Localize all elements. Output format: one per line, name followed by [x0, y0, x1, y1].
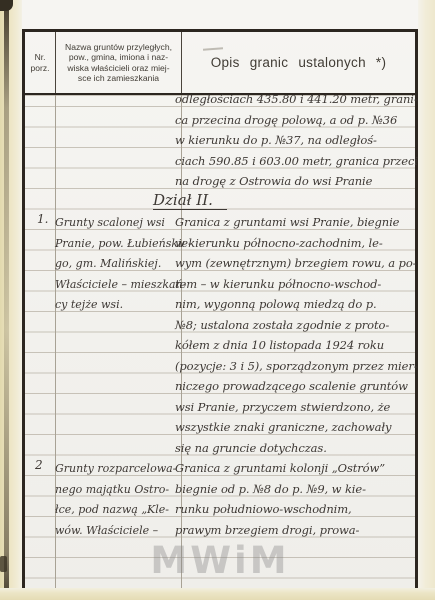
- handwritten-line: Grunty scalonej wsi: [55, 212, 181, 233]
- header-name-line: wiska właścicieli oraz miej-: [67, 63, 169, 74]
- handwritten-line: kółem z dnia 10 listopada 1924 roku: [175, 335, 417, 356]
- ledger-table: Nr. porz. Nazwa gruntów przyległych, pow…: [22, 29, 418, 600]
- handwritten-line: prawym brzegiem drogi, prowa-: [175, 520, 417, 541]
- section-heading-text: Dział II.: [153, 191, 227, 210]
- handwritten-line: Granica z gruntami wsi Pranie, biegnie: [175, 212, 417, 233]
- handwritten-line: się na gruncie dotychczas.: [175, 438, 417, 459]
- entry-2-name: Grunty rozparcelowa- nego majątku Ostro-…: [55, 458, 181, 540]
- header-name-line: Nazwa gruntów przyległych,: [65, 42, 172, 53]
- header-number-line1: Nr.: [35, 52, 46, 63]
- handwritten-line: w kierunku do p. №37, na odległoś-: [175, 130, 417, 151]
- handwritten-line: Grunty rozparcelowa-: [55, 458, 181, 479]
- handwritten-line: odległościach 435.80 i 441.20 metr, gran…: [175, 89, 417, 110]
- handwritten-line: runku południowo-wschodnim,: [175, 499, 417, 520]
- table-header-row: Nr. porz. Nazwa gruntów przyległych, pow…: [25, 32, 415, 95]
- entry-2-description: Granica z gruntami kolonji „Ostrów” bieg…: [175, 458, 417, 540]
- handwritten-line: ca przecina drogę polową, a od p. №36: [175, 110, 417, 131]
- handwritten-line: ciach 590.85 i 603.00 metr, granica prze…: [175, 151, 417, 172]
- handwritten-line: wym (zewnętrznym) brzegiem rowu, a po-: [175, 253, 417, 274]
- paper-edge-left: [0, 0, 22, 600]
- handwritten-line: Właściciele – mieszkań-: [55, 274, 181, 295]
- handwritten-line: Pranie, pow. Łubieńskie-: [55, 233, 181, 254]
- scan-corner-blot: [0, 0, 13, 11]
- scanned-ledger-page: Nr. porz. Nazwa gruntów przyległych, pow…: [0, 0, 435, 600]
- handwritten-line: na drogę z Ostrowia do wsi Pranie: [175, 171, 417, 192]
- handwritten-line: wszystkie znaki graniczne, zachowały: [175, 417, 417, 438]
- paper-edge-right: [418, 0, 435, 600]
- handwritten-line: łce, pod nazwą „Kle-: [55, 499, 181, 520]
- handwritten-line: biegnie od p. №8 do p. №9, w kie-: [175, 479, 417, 500]
- header-cell-description: Opis granic ustalonych *): [182, 32, 415, 93]
- intro-continuation-text: odległościach 435.80 i 441.20 metr, gran…: [175, 89, 417, 192]
- museum-watermark: MWiM: [80, 539, 360, 582]
- handwritten-line: go, gm. Malińskiej.: [55, 253, 181, 274]
- handwritten-line: Granica z gruntami kolonji „Ostrów”: [175, 458, 417, 479]
- entry-1-name: Grunty scalonej wsi Pranie, pow. Łubieńs…: [55, 212, 181, 315]
- handwritten-line: nim, wygonną polową miedzą do p.: [175, 294, 417, 315]
- binding-shadow: [4, 0, 9, 600]
- handwritten-line: (pozycje: 3 i 5), sporządzonym przez mie…: [175, 356, 417, 377]
- handwritten-line: nego majątku Ostro-: [55, 479, 181, 500]
- header-description-label: Opis granic ustalonych *): [211, 55, 387, 70]
- header-cell-name: Nazwa gruntów przyległych, pow., gmina, …: [56, 32, 181, 93]
- handwritten-line: w kierunku północno-zachodnim, le-: [175, 233, 417, 254]
- entry-1-number: 1.: [37, 212, 57, 226]
- handwritten-line: cy tejże wsi.: [55, 294, 181, 315]
- header-number-line2: porz.: [31, 63, 50, 74]
- entry-2-number: 2: [35, 458, 55, 472]
- header-name-line: sce ich zamieszkania: [78, 73, 159, 84]
- paper-edge-bottom: [0, 588, 435, 600]
- handwritten-line: wsi Pranie, przyczem stwierdzono, że: [175, 397, 417, 418]
- header-name-line: pow., gmina, imiona i naz-: [69, 52, 168, 63]
- handwritten-line: №8; ustalona została zgodnie z proto-: [175, 315, 417, 336]
- section-heading: Dział II.: [153, 190, 227, 211]
- scan-edge-blot: [0, 556, 7, 572]
- header-cell-number: Nr. porz.: [25, 32, 55, 93]
- handwritten-line: tem – w kierunku północno-wschod-: [175, 274, 417, 295]
- handwritten-line: wów. Właściciele –: [55, 520, 181, 541]
- entry-1-description: Granica z gruntami wsi Pranie, biegnie w…: [175, 212, 417, 458]
- table-body-ruled-area: odległościach 435.80 i 441.20 metr, gran…: [25, 95, 415, 598]
- handwritten-line: niczego prowadzącego scalenie gruntów: [175, 376, 417, 397]
